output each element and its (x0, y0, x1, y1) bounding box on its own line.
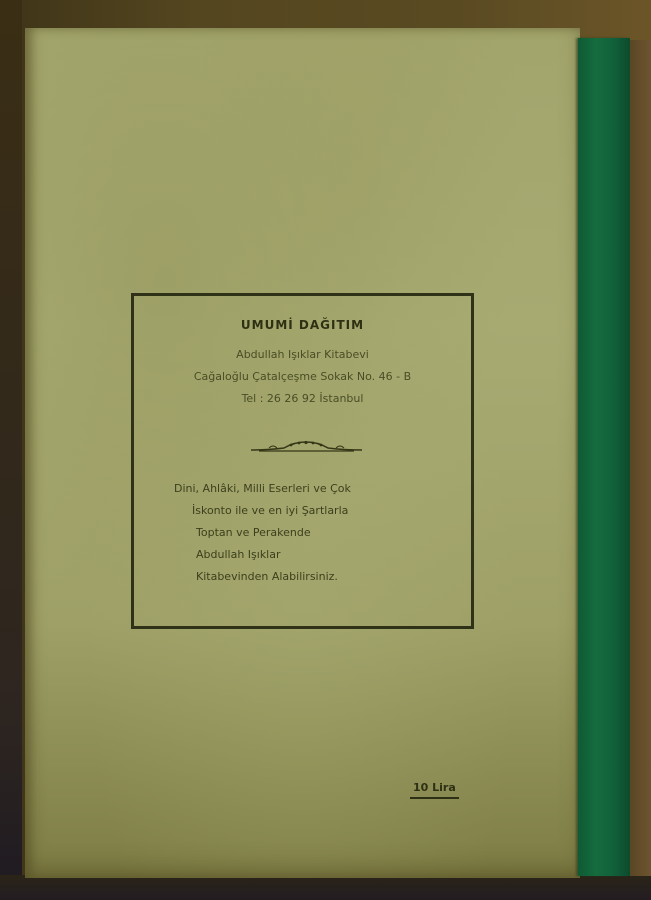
background-left-edge (0, 0, 22, 900)
book-spine (578, 38, 630, 876)
price-label: 10 Lira (410, 781, 459, 799)
background-right-edge (630, 40, 651, 876)
publisher-phone: Tel : 26 26 92 İstanbul (134, 392, 471, 405)
body-line-4: Abdullah Işıklar (196, 548, 281, 561)
body-line-2: İskonto ile ve en iyi Şartlarla (192, 504, 348, 517)
distribution-heading: UMUMİ DAĞITIM (134, 318, 471, 332)
publisher-name: Abdullah Işıklar Kitabevi (134, 348, 471, 361)
body-line-3: Toptan ve Perakende (196, 526, 311, 539)
distribution-info-box: UMUMİ DAĞITIM Abdullah Işıklar Kitabevi … (131, 293, 474, 629)
publisher-address: Cağaloğlu Çatalçeşme Sokak No. 46 - B (134, 370, 471, 383)
background-surface (0, 875, 651, 900)
body-line-5: Kitabevinden Alabilirsiniz. (196, 570, 338, 583)
body-line-1: Dini, Ahlâki, Milli Eserleri ve Çok (174, 482, 351, 495)
ornament-icon (249, 439, 364, 453)
